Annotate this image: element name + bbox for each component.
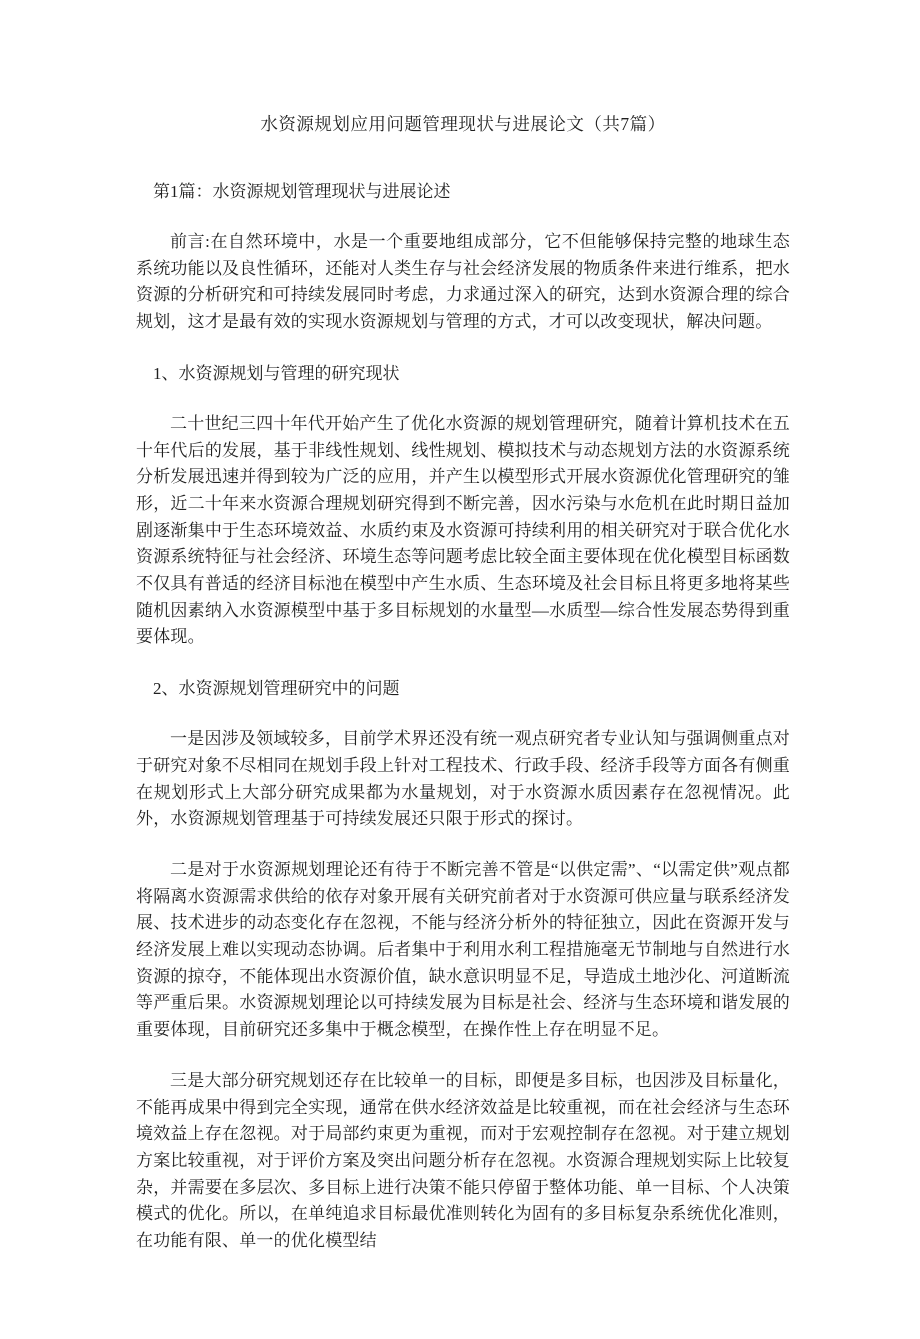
heading-research-status: 1、水资源规划与管理的研究现状 <box>136 360 790 387</box>
heading-problems: 2、水资源规划管理研究中的问题 <box>136 675 790 702</box>
article-subtitle: 第1篇：水资源规划管理现状与进展论述 <box>136 178 790 205</box>
paragraph-foreword: 前言:在自然环境中，水是一个重要地组成部分，它不但能够保持完整的地球生态系统功能… <box>136 229 790 336</box>
paragraph-problem-one: 一是因涉及领域较多，目前学术界还没有统一观点研究者专业认知与强调侧重点对于研究对… <box>136 726 790 833</box>
paragraph-research-status: 二十世纪三四十年代开始产生了优化水资源的规划管理研究，随着计算机技术在五十年代后… <box>136 411 790 651</box>
paragraph-problem-three: 三是大部分研究规划还存在比较单一的目标，即便是多目标，也因涉及目标量化，不能再成… <box>136 1068 790 1255</box>
document-page: 水资源规划应用问题管理现状与进展论文（共7篇） 第1篇：水资源规划管理现状与进展… <box>0 0 920 1339</box>
document-title: 水资源规划应用问题管理现状与进展论文（共7篇） <box>136 111 790 138</box>
paragraph-problem-two: 二是对于水资源规划理论还有待于不断完善不管是“以供定需”、“以需定供”观点都将隔… <box>136 857 790 1044</box>
